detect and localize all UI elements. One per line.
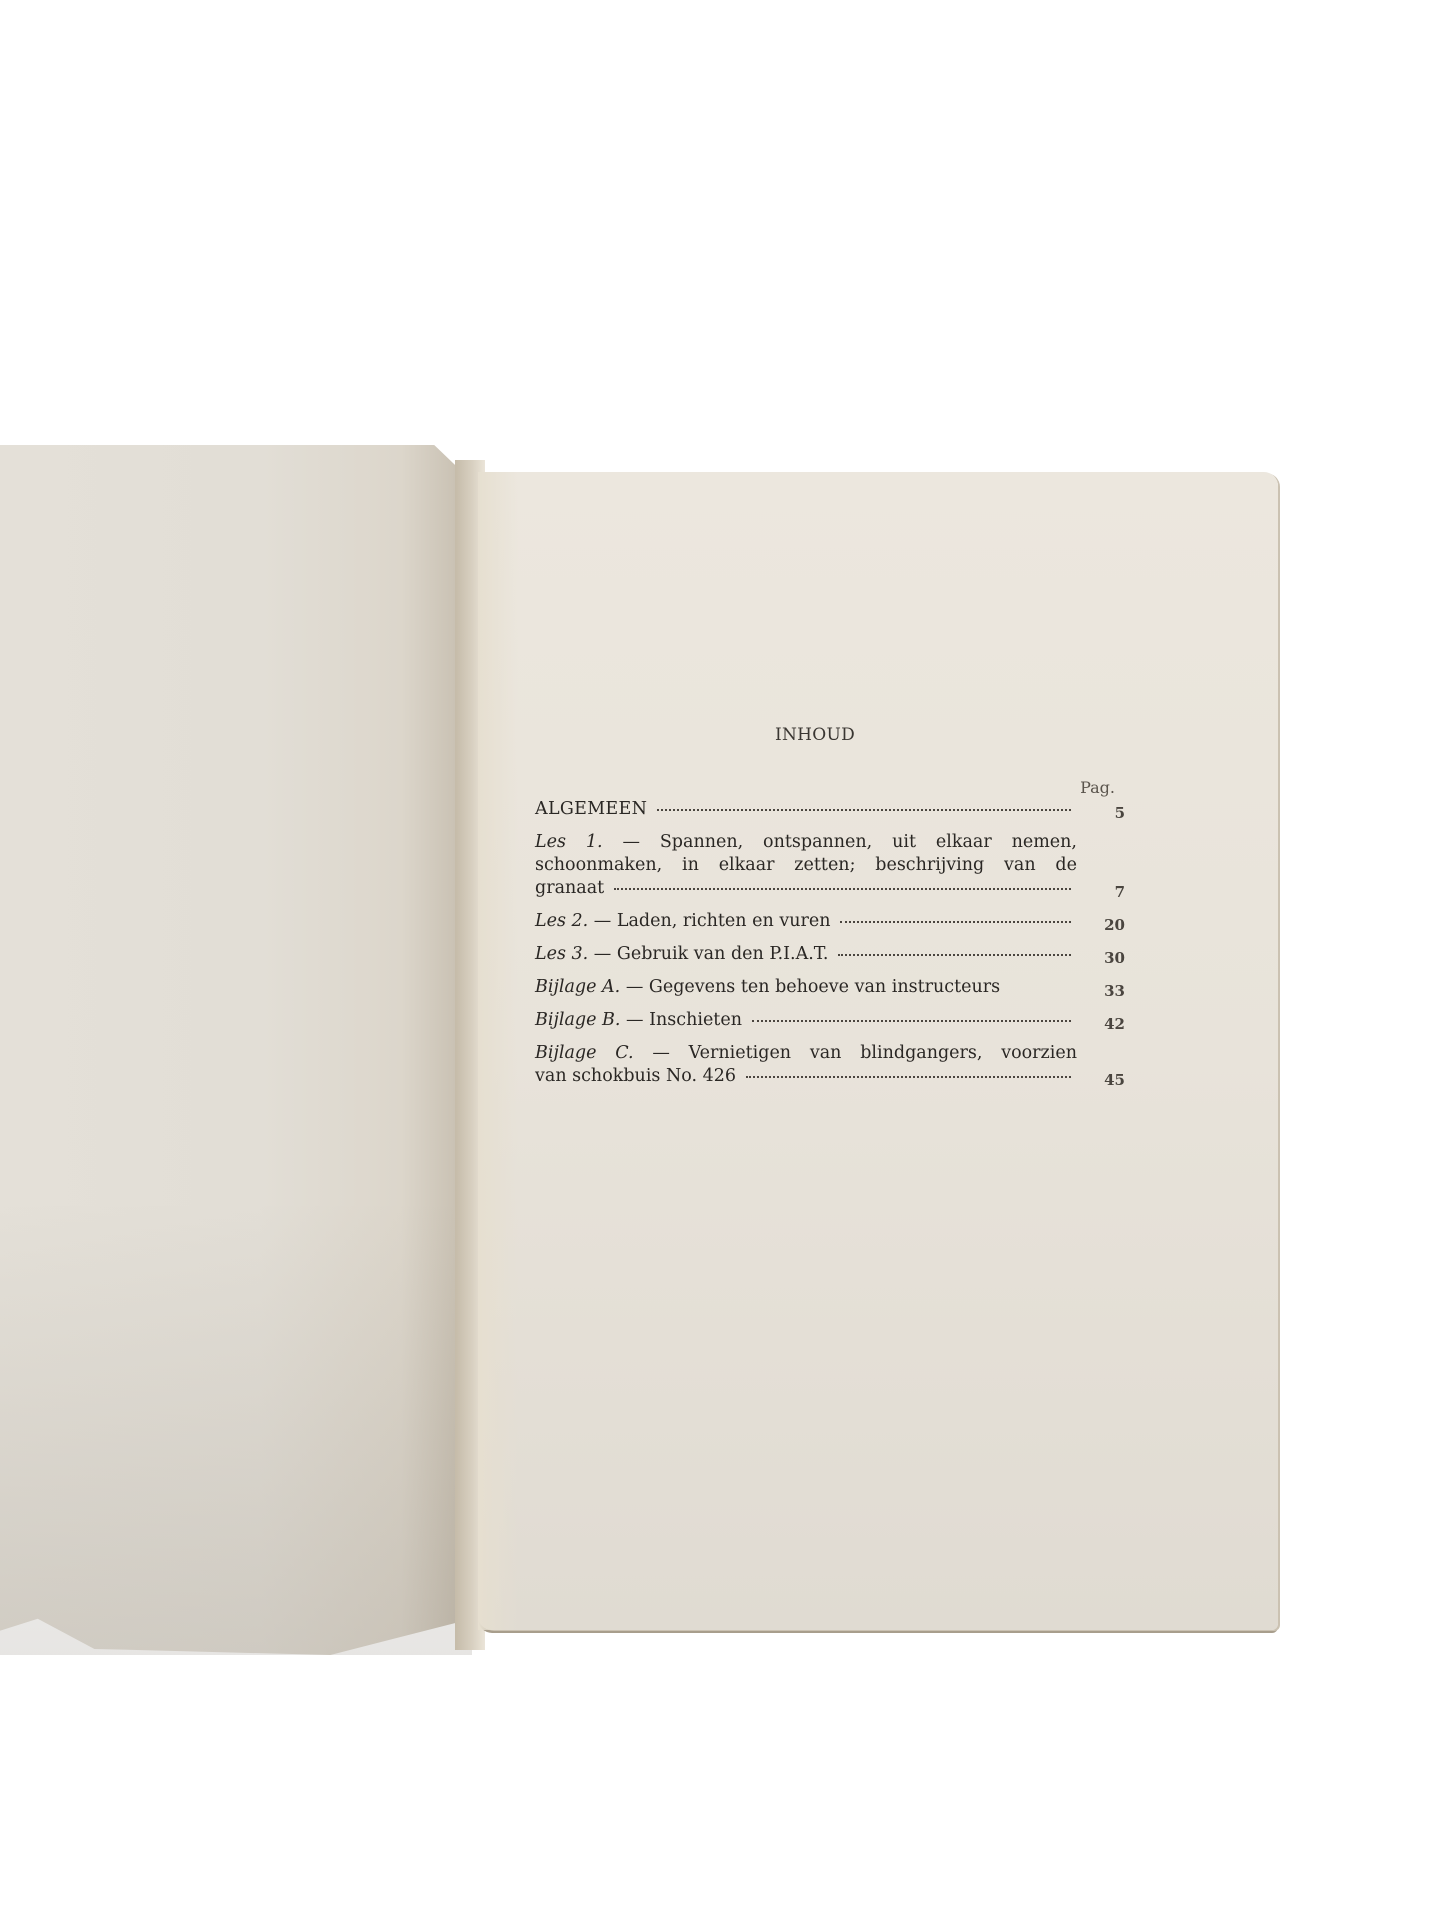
entry-text: — Laden, richten en vuren [594,911,831,931]
entry-label: Bijlage C. [535,1043,634,1063]
entry-text: granaat [535,877,604,900]
dot-leader [752,1020,1071,1022]
entry-label: Les 3. [535,944,588,964]
entry-text: van schokbuis No. 426 [535,1065,736,1088]
entry-text: ALGEMEEN [535,798,647,821]
dot-leader [840,921,1071,923]
page-number: 30 [1085,947,1125,970]
page-column-label: Pag. [1080,776,1115,799]
toc-entry-bijlage-a: Bijlage A. — Gegevens ten behoeve van in… [535,976,1125,999]
dot-leader [838,954,1071,956]
toc-entry-les-1: Les 1. — Spannen, ontspannen, uit elkaar… [535,831,1125,900]
toc-entry-les-3: Les 3. — Gebruik van den P.I.A.T. 30 [535,943,1125,966]
left-page [0,445,472,1655]
page-number: 5 [1085,802,1125,825]
toc-entry-les-2: Les 2. — Laden, richten en vuren 20 [535,910,1125,933]
entry-text: — Vernietigen van blindgangers, voorzien [652,1043,1077,1063]
page-number: 20 [1085,914,1125,937]
dot-leader [614,888,1071,890]
entry-label: Les 2. [535,911,588,931]
toc-entry-bijlage-c: Bijlage C. — Vernietigen van blindganger… [535,1042,1125,1088]
page-number: 45 [1085,1069,1125,1092]
entry-label: Bijlage B. [535,1010,620,1030]
toc-entry-algemeen: ALGEMEEN 5 [535,798,1125,821]
page-number: 7 [1085,881,1125,904]
entry-label: Les 1. [535,832,603,852]
toc-entry-bijlage-b: Bijlage B. — Inschieten 42 [535,1009,1125,1032]
entry-text: — Gebruik van den P.I.A.T. [594,944,829,964]
dot-leader [657,809,1071,811]
dot-leader [746,1076,1071,1078]
entry-text: — Gegevens ten behoeve van instructeurs [626,977,1000,997]
toc-entries: ALGEMEEN 5 Les 1. — Spannen, ontspannen,… [535,798,1125,1098]
entry-text: — Inschieten [626,1010,742,1030]
page-number: 42 [1085,1013,1125,1036]
entry-text-line: schoonmaken, in elkaar zetten; beschrijv… [535,854,1077,877]
entry-label: Bijlage A. [535,977,620,997]
entry-text: — Spannen, ontspannen, uit elkaar nemen, [622,832,1077,852]
page-number: 33 [1085,980,1125,1003]
toc-title: INHOUD [775,724,855,747]
